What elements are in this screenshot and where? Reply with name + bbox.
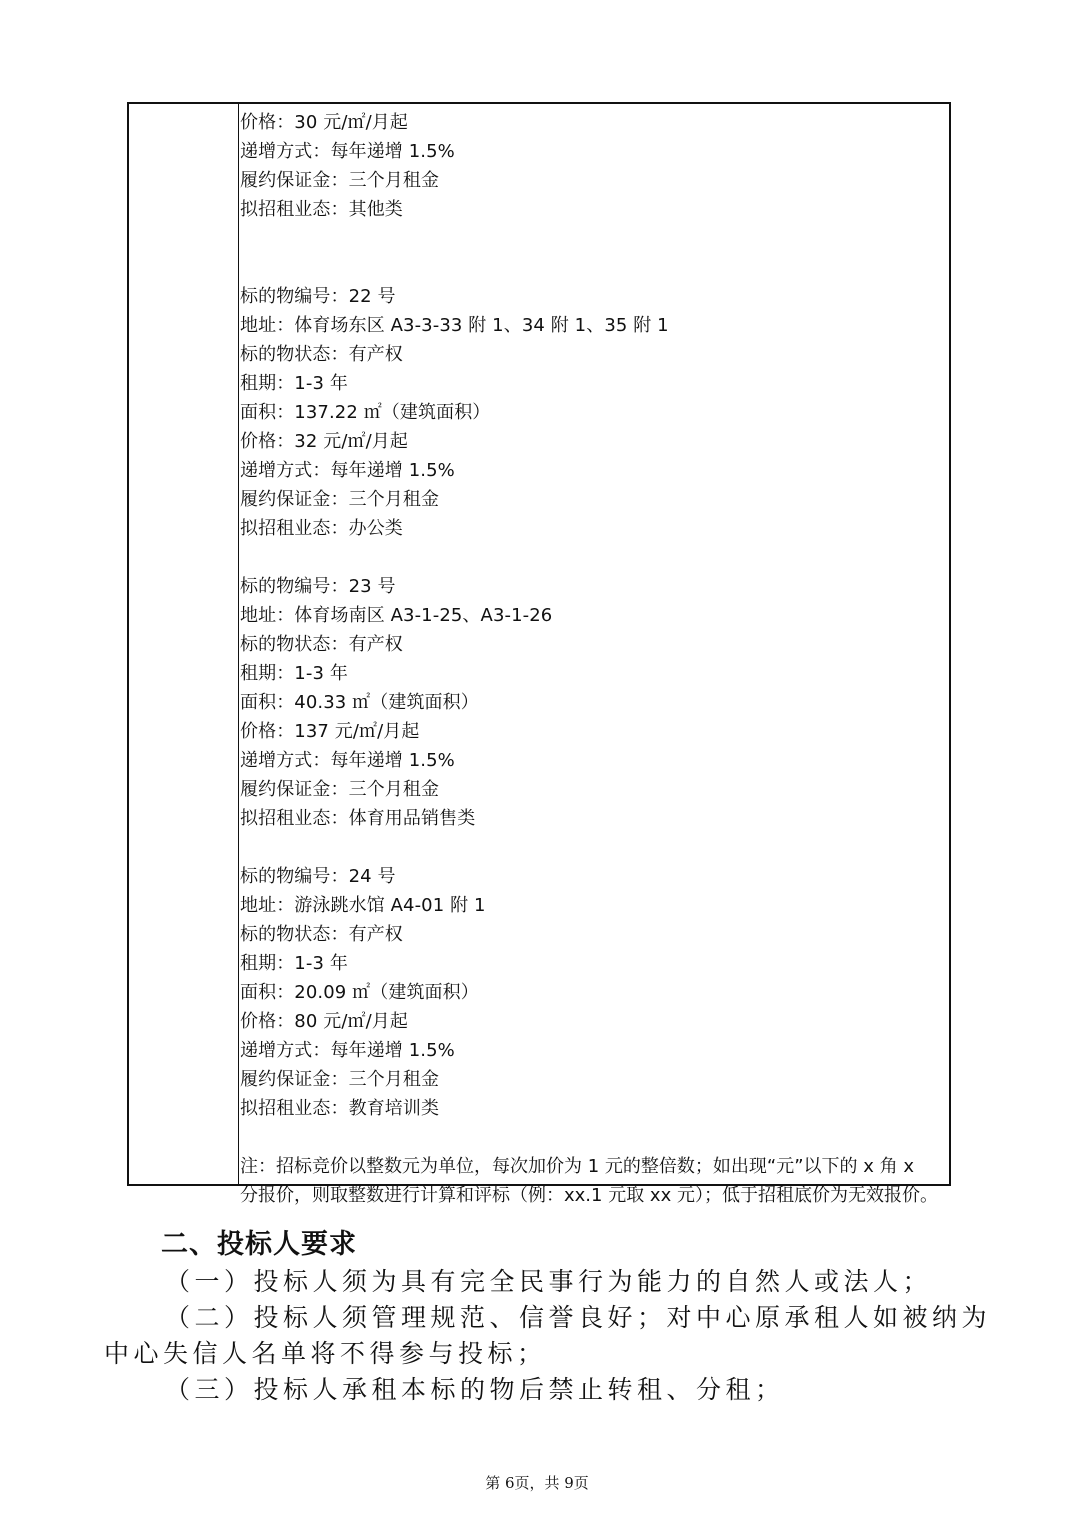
requirement-2-continuation: 中心失信人名单将不得参与投标； [104, 1334, 547, 1370]
listing-item-23: 标的物编号：23 号 地址：体育场南区 A3-1-25、A3-1-26 标的物状… [240, 572, 947, 833]
deposit-line: 履约保证金：三个月租金 [240, 775, 947, 804]
item-number-line: 标的物编号：23 号 [240, 572, 947, 601]
deposit-line: 履约保证金：三个月租金 [240, 166, 947, 195]
price-line: 价格：30 元/㎡/月起 [240, 108, 947, 137]
increase-line: 递增方式：每年递增 1.5% [240, 456, 947, 485]
price-line: 价格：137 元/㎡/月起 [240, 717, 947, 746]
requirement-3: （三）投标人承租本标的物后禁止转租、分租； [165, 1370, 785, 1406]
business-type-line: 拟招租业态：办公类 [240, 514, 947, 543]
item-number-line: 标的物编号：24 号 [240, 862, 947, 891]
term-line: 租期：1-3 年 [240, 369, 947, 398]
requirement-1: （一）投标人须为具有完全民事行为能力的自然人或法人； [165, 1262, 932, 1298]
status-line: 标的物状态：有产权 [240, 630, 947, 659]
listing-table: 价格：30 元/㎡/月起 递增方式：每年递增 1.5% 履约保证金：三个月租金 … [127, 102, 951, 1186]
area-line: 面积：40.33 ㎡（建筑面积） [240, 688, 947, 717]
item-number-line: 标的物编号：22 号 [240, 282, 947, 311]
deposit-line: 履约保证金：三个月租金 [240, 1065, 947, 1094]
increase-line: 递增方式：每年递增 1.5% [240, 746, 947, 775]
section-heading: 二、投标人要求 [161, 1222, 357, 1261]
listing-item-22: 标的物编号：22 号 地址：体育场东区 A3-3-33 附 1、34 附 1、3… [240, 282, 947, 543]
business-type-line: 拟招租业态：教育培训类 [240, 1094, 947, 1123]
address-line: 地址：游泳跳水馆 A4-01 附 1 [240, 891, 947, 920]
item-21-continuation: 价格：30 元/㎡/月起 递增方式：每年递增 1.5% 履约保证金：三个月租金 … [240, 108, 947, 224]
area-line: 面积：137.22 ㎡（建筑面积） [240, 398, 947, 427]
listing-item-24: 标的物编号：24 号 地址：游泳跳水馆 A4-01 附 1 标的物状态：有产权 … [240, 862, 947, 1123]
address-line: 地址：体育场东区 A3-3-33 附 1、34 附 1、35 附 1 [240, 311, 947, 340]
price-line: 价格：32 元/㎡/月起 [240, 427, 947, 456]
deposit-line: 履约保证金：三个月租金 [240, 485, 947, 514]
term-line: 租期：1-3 年 [240, 949, 947, 978]
note-line-1: 注：招标竞价以整数元为单位，每次加价为 1 元的整倍数；如出现“元”以下的 x … [240, 1152, 947, 1181]
business-type-line: 拟招租业态：其他类 [240, 195, 947, 224]
address-line: 地址：体育场南区 A3-1-25、A3-1-26 [240, 601, 947, 630]
requirement-2: （二）投标人须管理规范、信誉良好；对中心原承租人如被纳为 [165, 1298, 991, 1334]
increase-line: 递增方式：每年递增 1.5% [240, 137, 947, 166]
status-line: 标的物状态：有产权 [240, 920, 947, 949]
area-line: 面积：20.09 ㎡（建筑面积） [240, 978, 947, 1007]
listing-details-cell: 价格：30 元/㎡/月起 递增方式：每年递增 1.5% 履约保证金：三个月租金 … [240, 108, 947, 1210]
table-column-divider [238, 104, 239, 1184]
bidding-note: 注：招标竞价以整数元为单位，每次加价为 1 元的整倍数；如出现“元”以下的 x … [240, 1152, 947, 1210]
page-number: 第 6页，共 9页 [0, 1472, 1074, 1493]
business-type-line: 拟招租业态：体育用品销售类 [240, 804, 947, 833]
term-line: 租期：1-3 年 [240, 659, 947, 688]
price-line: 价格：80 元/㎡/月起 [240, 1007, 947, 1036]
increase-line: 递增方式：每年递增 1.5% [240, 1036, 947, 1065]
note-line-2: 分报价，则取整数进行计算和评标（例：xx.1 元取 xx 元）；低于招租底价为无… [240, 1181, 947, 1210]
status-line: 标的物状态：有产权 [240, 340, 947, 369]
